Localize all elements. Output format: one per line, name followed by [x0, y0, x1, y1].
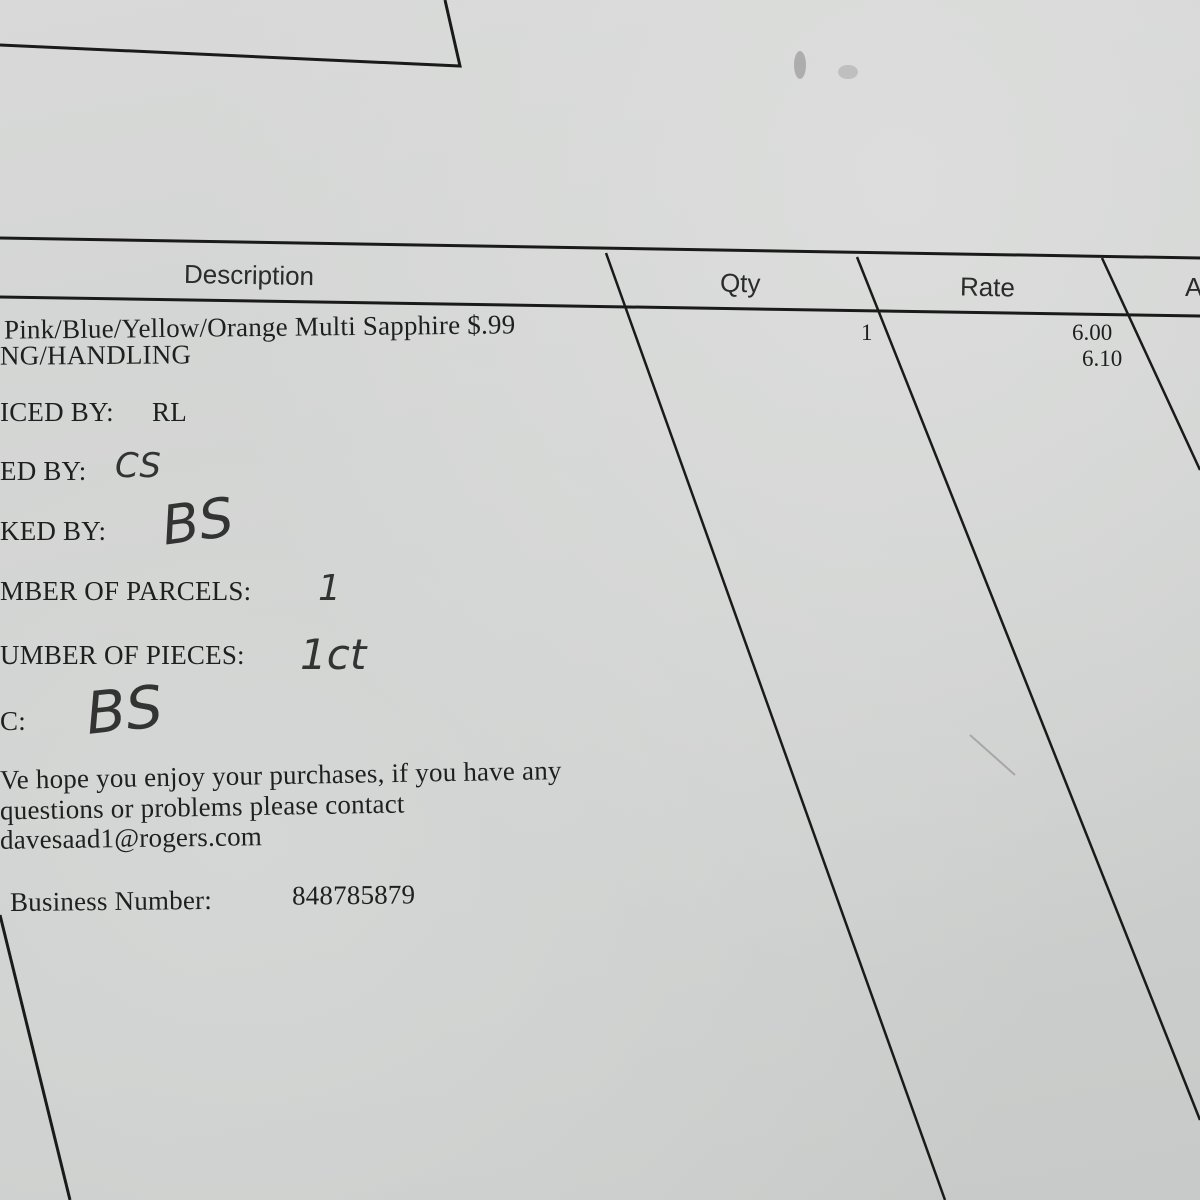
column-header-description: Description [184, 259, 315, 292]
field-label-number-of-parcels: MBER OF PARCELS: [0, 576, 251, 607]
field-value-checked-by: CS [115, 446, 161, 486]
line-item-description: NG/HANDLING [0, 339, 191, 371]
field-label-qc: C: [0, 706, 26, 737]
business-number-label: Business Number: [10, 885, 212, 918]
field-label-packed-by: KED BY: [0, 516, 106, 547]
line-item-qty: 1 [861, 320, 873, 346]
field-label-checked-by: ED BY: [0, 456, 86, 487]
field-value-number-of-pieces: 1ct [300, 630, 366, 679]
field-value-packed-by: BS [158, 485, 237, 557]
field-label-invoiced-by: ICED BY: [0, 397, 114, 428]
column-header-amount: A [1185, 272, 1200, 303]
column-header-qty: Qty [720, 268, 761, 300]
business-number-value: 848785879 [292, 879, 416, 911]
field-label-number-of-pieces: UMBER OF PIECES: [0, 640, 245, 671]
line-item-rate: 6.00 [1072, 320, 1112, 346]
field-value-qc: BS [83, 672, 166, 748]
field-value-invoiced-by: RL [152, 397, 187, 428]
contact-email: davesaad1@rogers.com [0, 821, 262, 856]
line-item-rate: 6.10 [1082, 346, 1122, 372]
column-header-rate: Rate [960, 271, 1016, 303]
field-value-number-of-parcels: 1 [318, 568, 341, 609]
